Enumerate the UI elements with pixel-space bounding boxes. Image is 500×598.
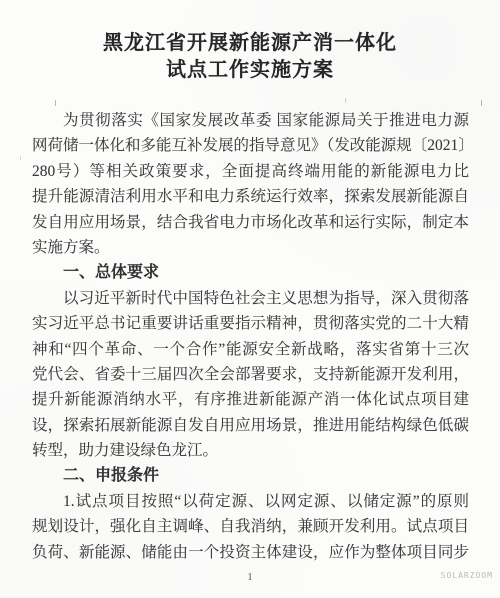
- body-line: 负荷、新能源、储能由一个投资主体建设，应作为整体项目同步: [32, 540, 469, 565]
- body-line: 提升新能源消纳水平，有序推进新能源产消一体化试点项目建: [32, 387, 469, 412]
- section-heading-2: 二、申报条件: [32, 463, 469, 488]
- scan-artifact: [345, 98, 346, 103]
- body-line: 网荷储一体化和多能互补发展的指导意见》（发改能源规〔2021〕: [32, 133, 469, 158]
- scan-artifact: [481, 100, 482, 106]
- document-page: 黑龙江省开展新能源产消一体化 试点工作实施方案 为贯彻落实《国家发展改革委 国家…: [0, 0, 500, 598]
- body-line: 为贯彻落实《国家发展改革委 国家能源局关于推进电力源: [32, 108, 469, 133]
- body-line: 280号）等相关政策要求，全面提高终端用能的新能源电力比重，: [32, 159, 469, 184]
- body-line: 1.试点项目按照“以荷定源、以网定源、以储定源”的原则: [32, 489, 469, 514]
- body-line: 设，探索拓展新能源自发自用应用场景，推进用能结构绿色低碳: [32, 413, 469, 438]
- body-line: 党代会、省委十三届四次全会部署要求，支持新能源开发利用，: [32, 362, 469, 387]
- page-number: 1: [0, 572, 500, 583]
- document-title: 黑龙江省开展新能源产消一体化 试点工作实施方案: [0, 30, 500, 84]
- document-title-line-2: 试点工作实施方案: [0, 57, 500, 84]
- body-line: 实施方案。: [32, 235, 469, 260]
- watermark-solarzoom: SOLARZOOM: [441, 571, 493, 580]
- body-line: 发自用应用场景，结合我省电力市场化改革和运行实际，制定本: [32, 210, 469, 235]
- body-line: 神和“四个革命、一个合作”能源安全新战略，落实省第十三次: [32, 337, 469, 362]
- body-line: 提升能源清洁利用水平和电力系统运行效率，探索发展新能源自: [32, 184, 469, 209]
- body-line: 实习近平总书记重要讲话重要指示精神，贯彻落实党的二十大精: [32, 311, 469, 336]
- body-line: 规划设计，强化自主调峰、自我消纳，兼顾开发利用。试点项目: [32, 514, 469, 539]
- scan-artifact: [20, 156, 21, 160]
- document-title-line-1: 黑龙江省开展新能源产消一体化: [0, 30, 500, 57]
- body-line: 以习近平新时代中国特色社会主义思想为指导，深入贯彻落: [32, 286, 469, 311]
- document-body: 为贯彻落实《国家发展改革委 国家能源局关于推进电力源 网荷储一体化和多能互补发展…: [32, 108, 469, 565]
- scan-artifact: [55, 100, 56, 106]
- body-line: 转型，助力建设绿色龙江。: [32, 438, 469, 463]
- section-heading-1: 一、总体要求: [32, 260, 469, 285]
